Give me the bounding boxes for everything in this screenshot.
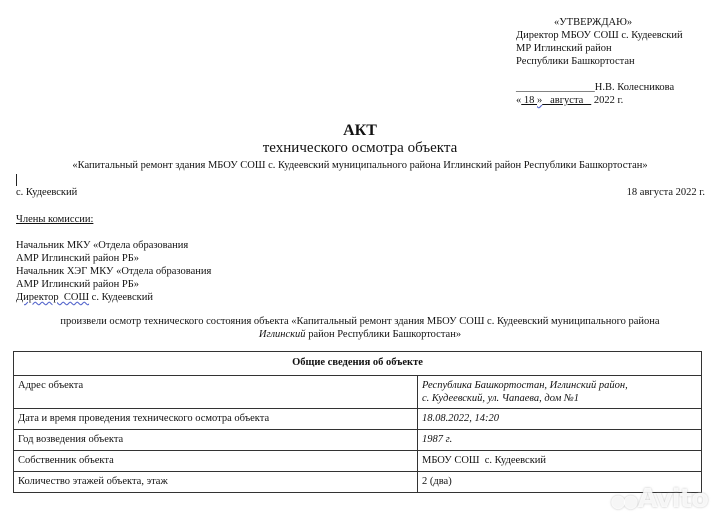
- approval-heading: «УТВЕРЖДАЮ»: [516, 16, 683, 29]
- row-value: 18.08.2022, 14:20: [418, 409, 702, 430]
- row-value: Республика Башкортостан, Иглинский район…: [418, 376, 702, 409]
- commission-member: АМР Иглинский район РБ»: [16, 252, 211, 265]
- director-place: с. Кудеевский: [89, 292, 153, 303]
- approval-date: « 18 » августа 2022 г.: [516, 94, 683, 107]
- date-year: 2022 г.: [591, 95, 623, 106]
- row-label: Дата и время проведения технического осм…: [14, 409, 418, 430]
- avito-logo-icon: ●●: [610, 491, 635, 512]
- table-header: Общие сведения об объекте: [14, 352, 702, 376]
- approval-line: Директор МБОУ СОШ с. Кудеевский: [516, 29, 683, 42]
- director-title: Директор СОШ: [16, 292, 89, 303]
- inspection-line: Иглинский район Республики Башкортостан»: [0, 328, 720, 341]
- document-date: 18 августа 2022 г.: [627, 187, 705, 198]
- signature-line: _______________Н.В. Колесникова: [516, 81, 683, 94]
- table-row: Количество этажей объекта, этаж 2 (два): [14, 472, 702, 493]
- inspection-statement: произвели осмотр технического состояния …: [0, 315, 720, 341]
- object-info-table: Общие сведения об объекте Адрес объекта …: [13, 351, 702, 493]
- table-row: Год возведения объекта 1987 г.: [14, 430, 702, 451]
- document-subtitle: технического осмотра объекта: [0, 140, 720, 157]
- commission-heading: Члены комиссии:: [16, 213, 211, 226]
- table-row: Собственник объекта МБОУ СОШ с. Кудеевск…: [14, 451, 702, 472]
- address-line: с. Кудеевский, ул. Чапаева, дом №1: [422, 392, 697, 405]
- commission-block: Члены комиссии: Начальник МКУ «Отдела об…: [16, 213, 211, 304]
- table-header-row: Общие сведения об объекте: [14, 352, 702, 376]
- table-row: Адрес объекта Республика Башкортостан, И…: [14, 376, 702, 409]
- date-month: августа: [542, 95, 591, 106]
- approval-line: Республики Башкортостан: [516, 55, 683, 68]
- date-day: 18: [521, 95, 537, 106]
- approval-line: МР Иглинский район: [516, 42, 683, 55]
- commission-member: Директор СОШ с. Кудеевский: [16, 291, 211, 304]
- place-name: с. Кудеевский: [16, 187, 77, 198]
- text-cursor: [16, 174, 17, 186]
- table-row: Дата и время проведения технического осм…: [14, 409, 702, 430]
- document-title: АКТ: [0, 122, 720, 140]
- watermark-text: Avito: [638, 484, 708, 514]
- avito-watermark: ●●Avito: [610, 484, 708, 514]
- inspection-rest: район Республики Башкортостан»: [306, 329, 462, 340]
- row-label: Количество этажей объекта, этаж: [14, 472, 418, 493]
- commission-member: Начальник МКУ «Отдела образования: [16, 239, 211, 252]
- row-value: 1987 г.: [418, 430, 702, 451]
- signature-blank: _______________: [516, 82, 595, 93]
- project-name: «Капитальный ремонт здания МБОУ СОШ с. К…: [0, 160, 720, 171]
- commission-member: АМР Иглинский район РБ»: [16, 278, 211, 291]
- row-label: Собственник объекта: [14, 451, 418, 472]
- commission-member: Начальник ХЭГ МКУ «Отдела образования: [16, 265, 211, 278]
- row-value: МБОУ СОШ с. Кудеевский: [418, 451, 702, 472]
- approval-block: «УТВЕРЖДАЮ» Директор МБОУ СОШ с. Кудеевс…: [516, 16, 683, 107]
- row-label: Год возведения объекта: [14, 430, 418, 451]
- address-line: Республика Башкортостан, Иглинский район…: [422, 379, 697, 392]
- inspection-line: произвели осмотр технического состояния …: [0, 315, 720, 328]
- row-label: Адрес объекта: [14, 376, 418, 409]
- inspection-italic: Иглинский: [259, 329, 306, 340]
- signatory-name: Н.В. Колесникова: [595, 82, 674, 93]
